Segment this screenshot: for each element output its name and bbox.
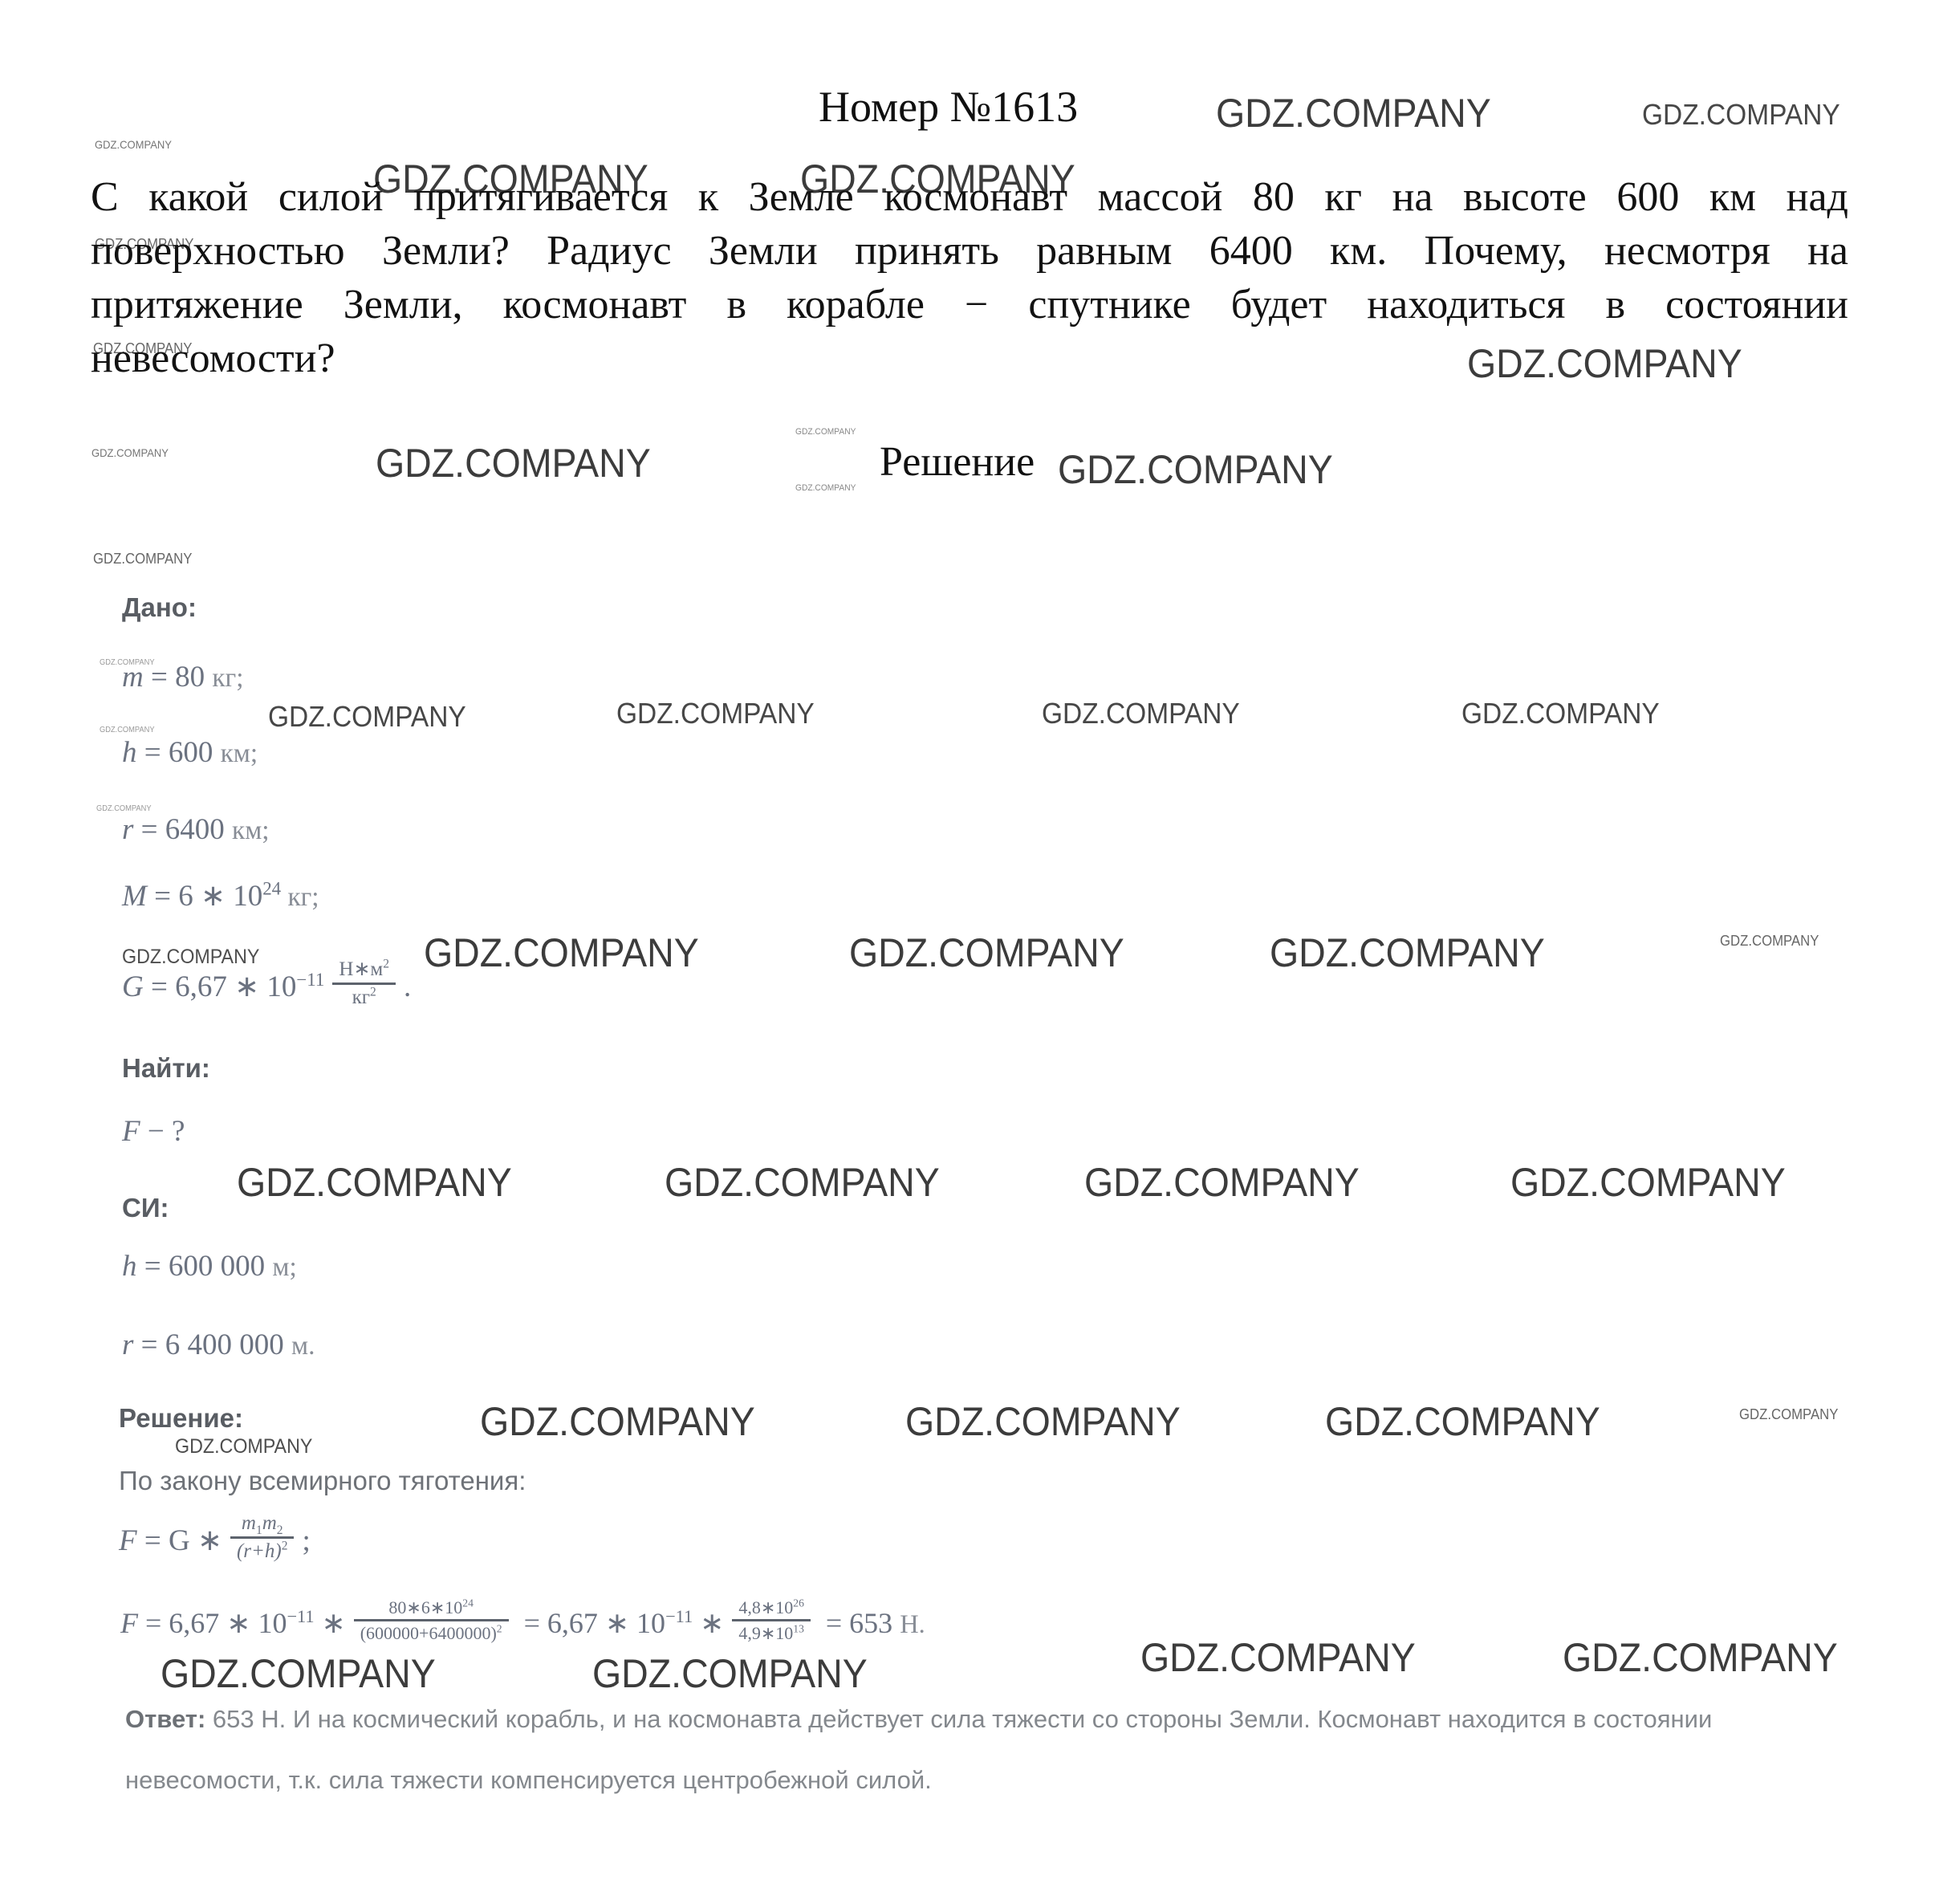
si-height: h = 600 000 м; [122, 1249, 297, 1284]
gdz-watermark: GDZ.COMPANY [795, 427, 856, 437]
gdz-watermark: GDZ.COMPANY [1642, 98, 1840, 132]
law-formula: F = G ∗m1m2(r+h)2; [119, 1519, 311, 1568]
gdz-watermark: GDZ.COMPANY [175, 1435, 312, 1459]
gdz-watermark: GDZ.COMPANY [665, 1159, 940, 1206]
calc-fraction-1: 80∗6∗1024(600000+6400000)2 [354, 1598, 509, 1642]
gdz-watermark: GDZ.COMPANY [616, 697, 815, 730]
units-fraction: Н∗м2кг2 [332, 959, 396, 1009]
answer-line-2: невесомости, т.к. сила тяжести компенсир… [125, 1766, 932, 1795]
gdz-watermark: GDZ.COMPANY [1325, 1398, 1600, 1445]
gdz-watermark: GDZ.COMPANY [424, 930, 699, 976]
find-heading: Найти: [122, 1053, 210, 1084]
problem-line-1: С какой силой притягивается к Земле косм… [91, 170, 1848, 224]
gdz-watermark: GDZ.COMPANY [1042, 697, 1240, 730]
problem-line-3: притяжение Земли, космонавт в корабле − … [91, 278, 1848, 332]
given-radius: r = 6400 км; [122, 812, 270, 847]
si-radius: r = 6 400 000 м. [122, 1328, 315, 1362]
gdz-watermark: GDZ.COMPANY [161, 1650, 436, 1697]
gdz-watermark: GDZ.COMPANY [1084, 1159, 1360, 1206]
gdz-watermark: GDZ.COMPANY [480, 1398, 755, 1445]
gdz-watermark: GDZ.COMPANY [376, 440, 651, 486]
law-statement: По закону всемирного тяготения: [119, 1466, 526, 1496]
gdz-watermark: GDZ.COMPANY [95, 138, 172, 151]
gdz-watermark: GDZ.COMPANY [1058, 446, 1333, 493]
gdz-watermark: GDZ.COMPANY [91, 446, 169, 459]
answer-label: Ответ: [125, 1705, 205, 1733]
given-mass: m = 80 кг; [122, 660, 243, 694]
problem-line-4: невесомости? [91, 332, 1848, 385]
gdz-watermark: GDZ.COMPANY [1510, 1159, 1786, 1206]
gdz-watermark: GDZ.COMPANY [849, 930, 1124, 976]
si-heading: СИ: [122, 1193, 169, 1223]
gdz-watermark: GDZ.COMPANY [1461, 697, 1660, 730]
gdz-watermark: GDZ.COMPANY [795, 483, 856, 493]
given-gravitational-constant: G = 6,67 ∗ 10−11Н∗м2кг2. [122, 965, 411, 1015]
gdz-watermark: GDZ.COMPANY [1720, 933, 1819, 950]
answer-line-1: Ответ: 653 Н. И на космический корабль, … [125, 1705, 1712, 1734]
solution-section-heading: Решение: [119, 1403, 243, 1434]
gdz-watermark: GDZ.COMPANY [100, 726, 155, 734]
gdz-watermark: GDZ.COMPANY [592, 1650, 868, 1697]
page-title: Номер №1613 [819, 82, 1078, 132]
solution-heading: Решение [880, 438, 1035, 486]
gdz-watermark: GDZ.COMPANY [905, 1398, 1181, 1445]
gdz-watermark: GDZ.COMPANY [93, 551, 192, 568]
calc-fraction-2: 4,8∗10264,9∗1013 [732, 1598, 811, 1642]
gdz-watermark: GDZ.COMPANY [1270, 930, 1545, 976]
mass-fraction: m1m2(r+h)2 [230, 1513, 295, 1563]
gdz-watermark: GDZ.COMPANY [268, 700, 466, 734]
calculation-formula: F = 6,67 ∗ 10−11 ∗80∗6∗1024(600000+64000… [120, 1604, 925, 1648]
gdz-watermark: GDZ.COMPANY [1739, 1406, 1838, 1423]
given-height: h = 600 км; [122, 735, 258, 770]
solution-page: GDZ.COMPANYGDZ.COMPANYGDZ.COMPANYGDZ.COM… [0, 0, 1935, 1904]
find-force: F − ? [122, 1114, 185, 1149]
given-earth-mass: M = 6 ∗ 1024 кг; [122, 878, 319, 913]
given-heading: Дано: [122, 592, 197, 623]
gdz-watermark: GDZ.COMPANY [1140, 1634, 1416, 1681]
gdz-watermark: GDZ.COMPANY [1216, 90, 1491, 136]
problem-text: С какой силой притягивается к Земле косм… [91, 170, 1848, 385]
gdz-watermark: GDZ.COMPANY [1563, 1634, 1838, 1681]
problem-line-2: поверхностью Земли? Радиус Земли принять… [91, 224, 1848, 278]
gdz-watermark: GDZ.COMPANY [237, 1159, 512, 1206]
